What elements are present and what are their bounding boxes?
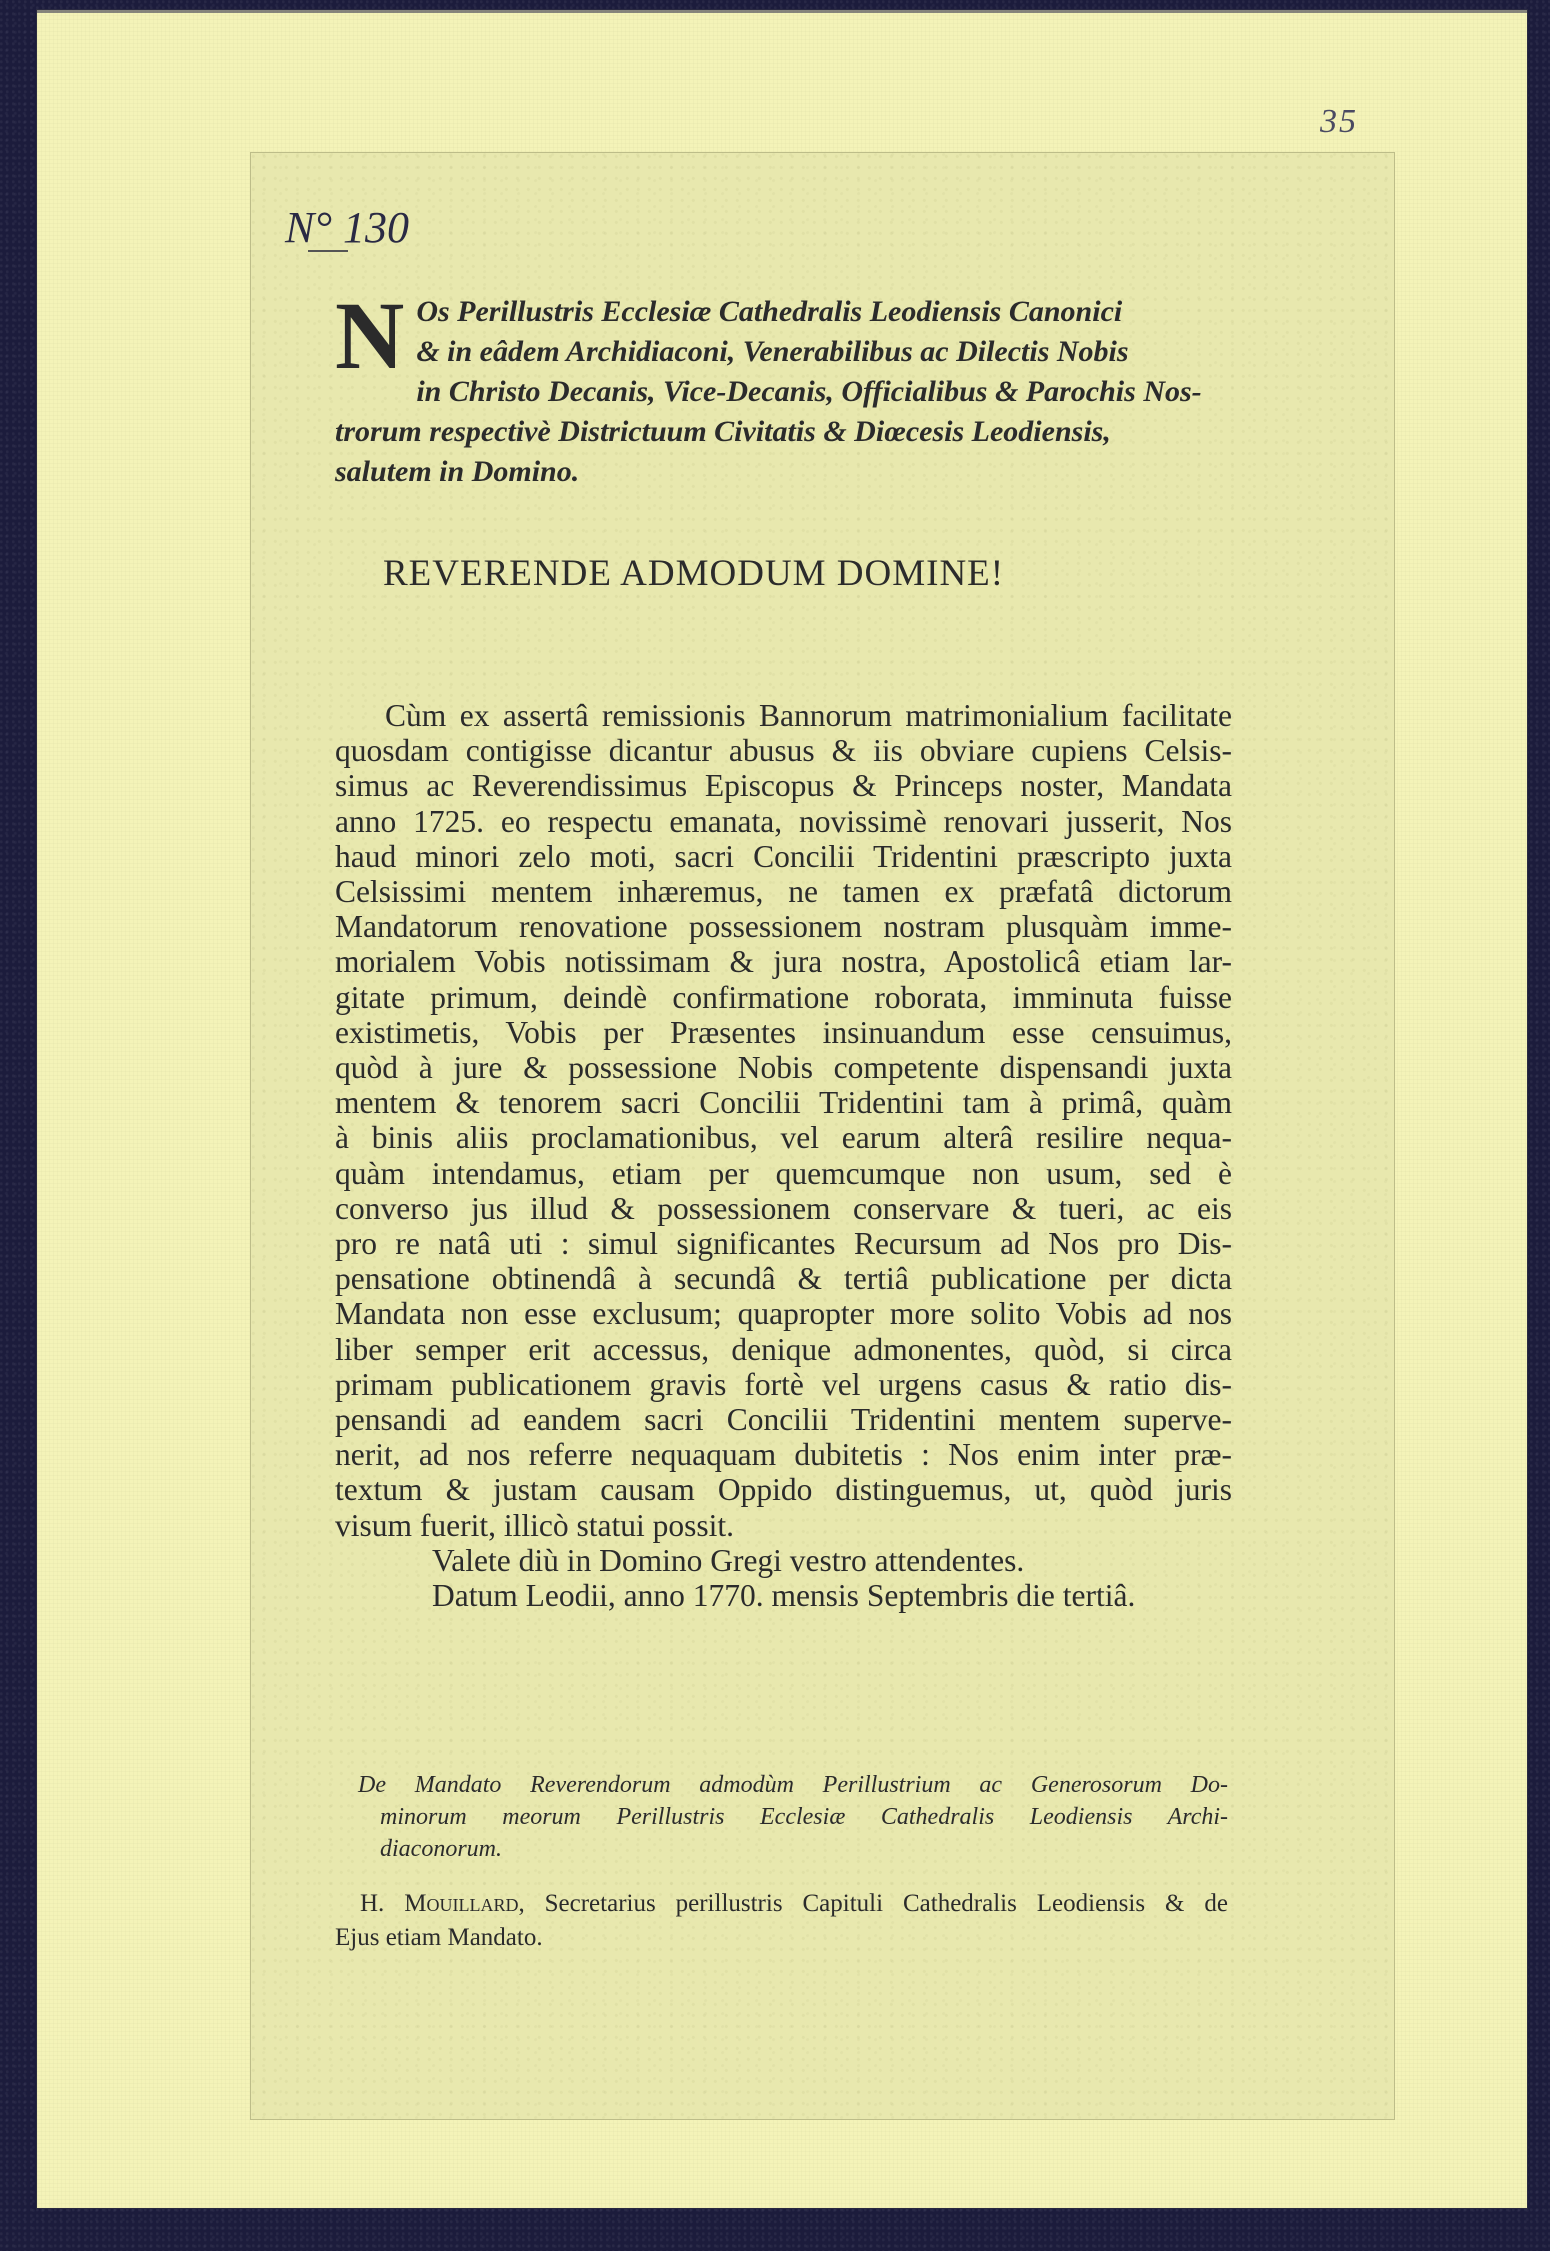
mandate-line: diaconorum. [358, 1833, 1228, 1865]
signature-line: Ejus etiam Mandato. [335, 1921, 1228, 1955]
body-line: à binis aliis proclamationibus, vel earu… [335, 1120, 1232, 1155]
closing-line: Valete diù in Domino Gregi vestro attend… [335, 1543, 1232, 1578]
document-sheet: N° 130 N Os Perillustris Ecclesiæ Cathed… [250, 152, 1395, 2120]
body-line: nerit, ad nos referre nequaquam dubiteti… [335, 1437, 1232, 1472]
body-line: quàm intendamus, etiam per quemcumque no… [335, 1156, 1232, 1191]
body-line: Mandata non esse exclusum; quapropter mo… [335, 1296, 1232, 1331]
body-line: Mandatorum renovatione possessionem nost… [335, 909, 1232, 944]
body-line: liber semper erit accessus, denique admo… [335, 1332, 1232, 1367]
body-text: Cùm ex assertâ remissionis Bannorum matr… [335, 698, 1232, 1543]
body-line: pro re natâ uti : simul significantes Re… [335, 1226, 1232, 1261]
address-line: trorum respectivè Districtuum Civitatis … [335, 412, 1055, 452]
salutation-heading: REVERENDE ADMODUM DOMINE! [383, 552, 1004, 595]
body-line: quòd à jure & possessione Nobis competen… [335, 1050, 1232, 1085]
secretary-title: , Secretarius perillustris Capituli Cath… [518, 1890, 1228, 1917]
manuscript-number-underline [308, 250, 348, 252]
body-line: visum fuerit, illicò statui possit. [335, 1508, 1232, 1543]
archival-mount: 35 N° 130 N Os Perillustris Ecclesiæ Cat… [37, 10, 1527, 2208]
secretary-name: H. Mouillard [360, 1890, 518, 1917]
body-line: anno 1725. eo respectu emanata, novissim… [335, 804, 1232, 839]
body-line: quosdam contigisse dicantur abusus & iis… [335, 733, 1232, 768]
mount-edge [37, 10, 1527, 13]
signature-block: H. Mouillard, Secretarius perillustris C… [335, 1887, 1228, 1955]
body-line: mentem & tenorem sacri Concilii Tridenti… [335, 1085, 1232, 1120]
body-line: haud minori zelo moti, sacri Concilii Tr… [335, 839, 1232, 874]
body-line: existimetis, Vobis per Præsentes insinua… [335, 1015, 1232, 1050]
body-line: simus ac Reverendissimus Episcopus & Pri… [335, 768, 1232, 803]
address-line: & in eâdem Archidiaconi, Venerabilibus a… [335, 332, 1055, 372]
body-line: converso jus illud & possessionem conser… [335, 1191, 1232, 1226]
address-line: Os Perillustris Ecclesiæ Cathedralis Leo… [335, 292, 1055, 332]
mandate-line: De Mandato Reverendorum admodùm Perillus… [358, 1769, 1228, 1801]
body-line: gitate primum, deindè confirmatione robo… [335, 980, 1232, 1015]
body-line: pensandi ad eandem sacri Concilii Triden… [335, 1402, 1232, 1437]
address-block: N Os Perillustris Ecclesiæ Cathedralis L… [335, 292, 1055, 492]
body-line: pensatione obtinendâ à secundâ & tertiâ … [335, 1261, 1232, 1296]
closing-block: Valete diù in Domino Gregi vestro attend… [335, 1543, 1232, 1613]
body-line: morialem Vobis notissimam & jura nostra,… [335, 944, 1232, 979]
date-line: Datum Leodii, anno 1770. mensis Septembr… [335, 1578, 1232, 1613]
manuscript-number: N° 130 [285, 202, 409, 253]
body-line: Celsissimi mentem inhæremus, ne tamen ex… [335, 874, 1232, 909]
folio-number: 35 [1320, 103, 1358, 141]
signature-line: H. Mouillard, Secretarius perillustris C… [335, 1887, 1228, 1921]
address-line: in Christo Decanis, Vice-Decanis, Offici… [335, 372, 1055, 412]
mandate-attribution: De Mandato Reverendorum admodùm Perillus… [358, 1769, 1228, 1865]
address-line: salutem in Domino. [335, 452, 1055, 492]
body-line: textum & justam causam Oppido distinguem… [335, 1472, 1232, 1507]
body-line: Cùm ex assertâ remissionis Bannorum matr… [335, 698, 1232, 733]
body-line: primam publicationem gravis fortè vel ur… [335, 1367, 1232, 1402]
dropcap: N [335, 298, 404, 374]
mandate-line: minorum meorum Perillustris Ecclesiæ Cat… [358, 1801, 1228, 1833]
